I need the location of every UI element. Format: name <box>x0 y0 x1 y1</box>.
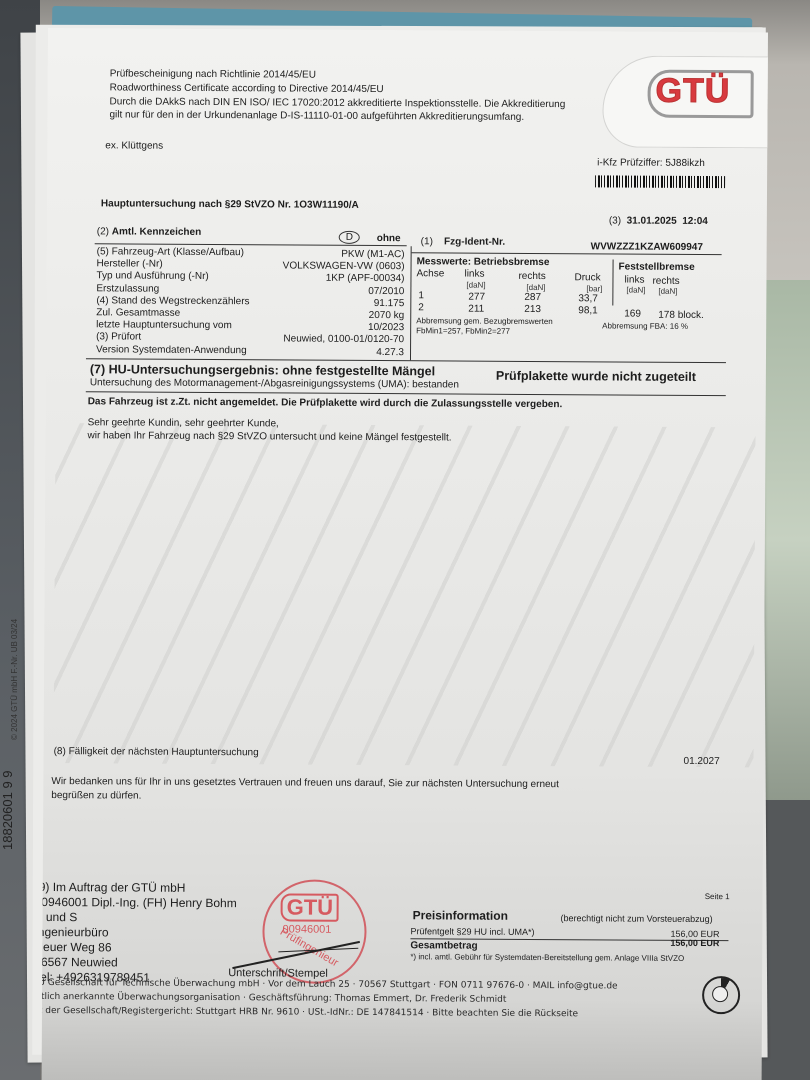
price-title: Preisinformation <box>413 908 508 923</box>
brake-rechts-value: 213 <box>524 304 541 315</box>
col-druck: Druck <box>574 272 600 283</box>
vehicle-field-value: 91.175 <box>374 298 405 309</box>
col-links: links <box>464 269 484 280</box>
brake-links-value: 277 <box>468 291 485 302</box>
kennzeichen-value: ohne <box>377 233 401 244</box>
brake-fbmin: FbMin1=257, FbMin2=277 <box>416 326 510 336</box>
unit: [daN] <box>466 281 485 290</box>
inspector-block: (9) Im Auftrag der GTÜ mbH 00946001 Dipl… <box>42 880 237 986</box>
col-achse: Achse <box>416 268 444 279</box>
vehicle-field-label: Zul. Gesamtmasse <box>96 307 180 319</box>
thanks-line-1: Wir bedanken uns für Ihr in uns gesetzte… <box>51 776 559 790</box>
copyright-note: © 2024 GTÜ mbH F.-Nr. UB 03/24 <box>10 619 19 740</box>
serial-number: 18820601 9 9 <box>0 770 15 850</box>
col-parking-rechts: rechts <box>652 276 679 287</box>
service-brake-title: Messwerte: Betriebsbremse <box>417 256 550 268</box>
parking-brake-title: Feststellbremse <box>619 261 695 272</box>
vehicle-field-label: Erstzulassung <box>96 283 159 294</box>
divider <box>410 246 412 360</box>
brake-links-value: 211 <box>468 303 484 314</box>
thanks-line-2: begrüßen zu dürfen. <box>51 790 141 802</box>
vehicle-field-value: 10/2023 <box>368 322 404 333</box>
brake-achse-value: 1 <box>418 290 424 301</box>
gtue-watermark-pattern <box>54 423 756 767</box>
unit: [daN] <box>658 287 677 296</box>
pruefziffer: i-Kfz Prüfziffer: 5J88ikzh <box>597 157 705 169</box>
vehicle-field-label: Typ und Ausführung (-Nr) <box>96 271 208 283</box>
barcode <box>595 175 725 188</box>
header-line-4: gilt nur für den in der Urkundenanlage D… <box>109 109 524 123</box>
vehicle-field-label: (3) Prüfort <box>96 332 141 343</box>
page-number: Seite 1 <box>705 892 730 901</box>
vehicle-field-label: (5) Fahrzeug-Art (Klasse/Aufbau) <box>97 246 244 258</box>
vehicle-field-label: letzte Hauptuntersuchung vom <box>96 319 232 331</box>
footer-line-3: Sitz der Gesellschaft/Registergericht: S… <box>42 1006 579 1019</box>
brake-druck-value: 33,7 <box>578 293 598 304</box>
result-heading: (7) HU-Untersuchungsergebnis: ohne festg… <box>90 362 435 378</box>
vehicle-field-value: 4.27.3 <box>376 347 404 358</box>
inspector-line: 56567 Neuwied <box>42 955 237 971</box>
inspector-line: Ingenieurbüro <box>42 925 237 941</box>
header-line-2: Roadworthiness Certificate according to … <box>110 82 384 95</box>
brake-fba: Abbremsung FBA: 16 % <box>602 321 688 331</box>
brake-rechts-value: 287 <box>524 292 541 303</box>
unit: [daN] <box>626 286 645 295</box>
ident-label: (1) Fzg-Ident-Nr. <box>421 236 506 248</box>
plakette-status: Prüfplakette wurde nicht zugeteilt <box>496 369 696 384</box>
divider <box>612 259 613 305</box>
unit: [daN] <box>526 283 545 292</box>
vin: WVWZZZ1KZAW609947 <box>591 241 703 253</box>
next-inspection-label: (8) Fälligkeit der nächsten Hauptuntersu… <box>54 746 259 758</box>
signature-label: Unterschrift/Stempel <box>228 967 328 980</box>
vehicle-field-value: Neuwied, 0100-01/0120-70 <box>283 334 404 346</box>
unit: [bar] <box>586 284 602 293</box>
uma-result: Untersuchung des Motormanagement-/Abgasr… <box>90 377 459 390</box>
price-item-label: Prüfentgelt §29 HU incl. UMA*) <box>410 926 534 937</box>
vehicle-field-value: 1KP (APF-00034) <box>326 273 405 284</box>
vehicle-field-value: 2070 kg <box>369 310 405 321</box>
price-total-label: Gesamtbetrag <box>410 940 477 951</box>
footer-line-2: Amtlich anerkannte Überwachungsorganisat… <box>42 992 507 1005</box>
country-code: D <box>339 231 360 244</box>
vehicle-field-value: VOLKSWAGEN-VW (0603) <box>283 261 405 273</box>
vehicle-field-value: 07/2010 <box>368 286 404 297</box>
vehicle-field-value: PKW (M1-AC) <box>341 249 404 260</box>
footer-line-1: GTÜ Gesellschaft für Technische Überwach… <box>42 978 618 992</box>
kennzeichen-label: (2) Amtl. Kennzeichen <box>97 226 202 238</box>
brake-achse-value: 2 <box>418 302 424 313</box>
greeting: Sehr geehrte Kundin, sehr geehrter Kunde… <box>88 417 279 429</box>
inspector-line: Neuer Weg 86 <box>42 940 237 956</box>
brake-druck-value: 98,1 <box>578 305 598 316</box>
price-total-value: 156,00 EUR <box>670 938 719 948</box>
header-line-1: Prüfbescheinigung nach Richtlinie 2014/4… <box>110 68 316 80</box>
brake-note: Abbremsung gem. Bezugbremswerten <box>416 316 553 326</box>
next-inspection-date: 01.2027 <box>683 756 719 767</box>
price-footnote: *) incl. amtl. Gebühr für Systemdaten-Be… <box>410 952 684 963</box>
ex-name: ex. Klüttgens <box>105 140 163 151</box>
vehicle-field-label: Version Systemdaten-Anwendung <box>96 344 247 356</box>
hu-title: Hauptuntersuchung nach §29 StVZO Nr. 1O3… <box>101 198 359 211</box>
inspector-line: B und S <box>42 910 237 926</box>
parking-links-value: 169 <box>624 309 641 320</box>
header-line-3: Durch die DAkkS nach DIN EN ISO/ IEC 170… <box>110 96 566 110</box>
parking-rechts-value: 178 block. <box>658 310 704 321</box>
price-note: (berechtigt nicht zum Vorsteuerabzug) <box>561 913 713 924</box>
registration-notice: Das Fahrzeug ist z.Zt. nicht angemeldet.… <box>88 396 563 410</box>
gtue-logo: GTÜ <box>643 66 753 117</box>
hu-plakette-icon <box>702 976 740 1014</box>
certificate-page: Prüfbescheinigung nach Richtlinie 2014/4… <box>42 28 768 1080</box>
vehicle-field-label: (4) Stand des Wegstreckenzählers <box>96 295 249 307</box>
vehicle-field-label: Hersteller (-Nr) <box>97 258 163 269</box>
col-parking-links: links <box>624 275 644 286</box>
divider <box>86 391 726 396</box>
inspector-line: (9) Im Auftrag der GTÜ mbH <box>42 880 237 896</box>
col-rechts: rechts <box>518 271 545 282</box>
inspector-line: 00946001 Dipl.-Ing. (FH) Henry Bohm <box>42 895 237 911</box>
result-message: wir haben Ihr Fahrzeug nach §29 StVZO un… <box>87 430 451 443</box>
inspection-date: (3) 31.01.2025 12:04 <box>609 215 708 227</box>
